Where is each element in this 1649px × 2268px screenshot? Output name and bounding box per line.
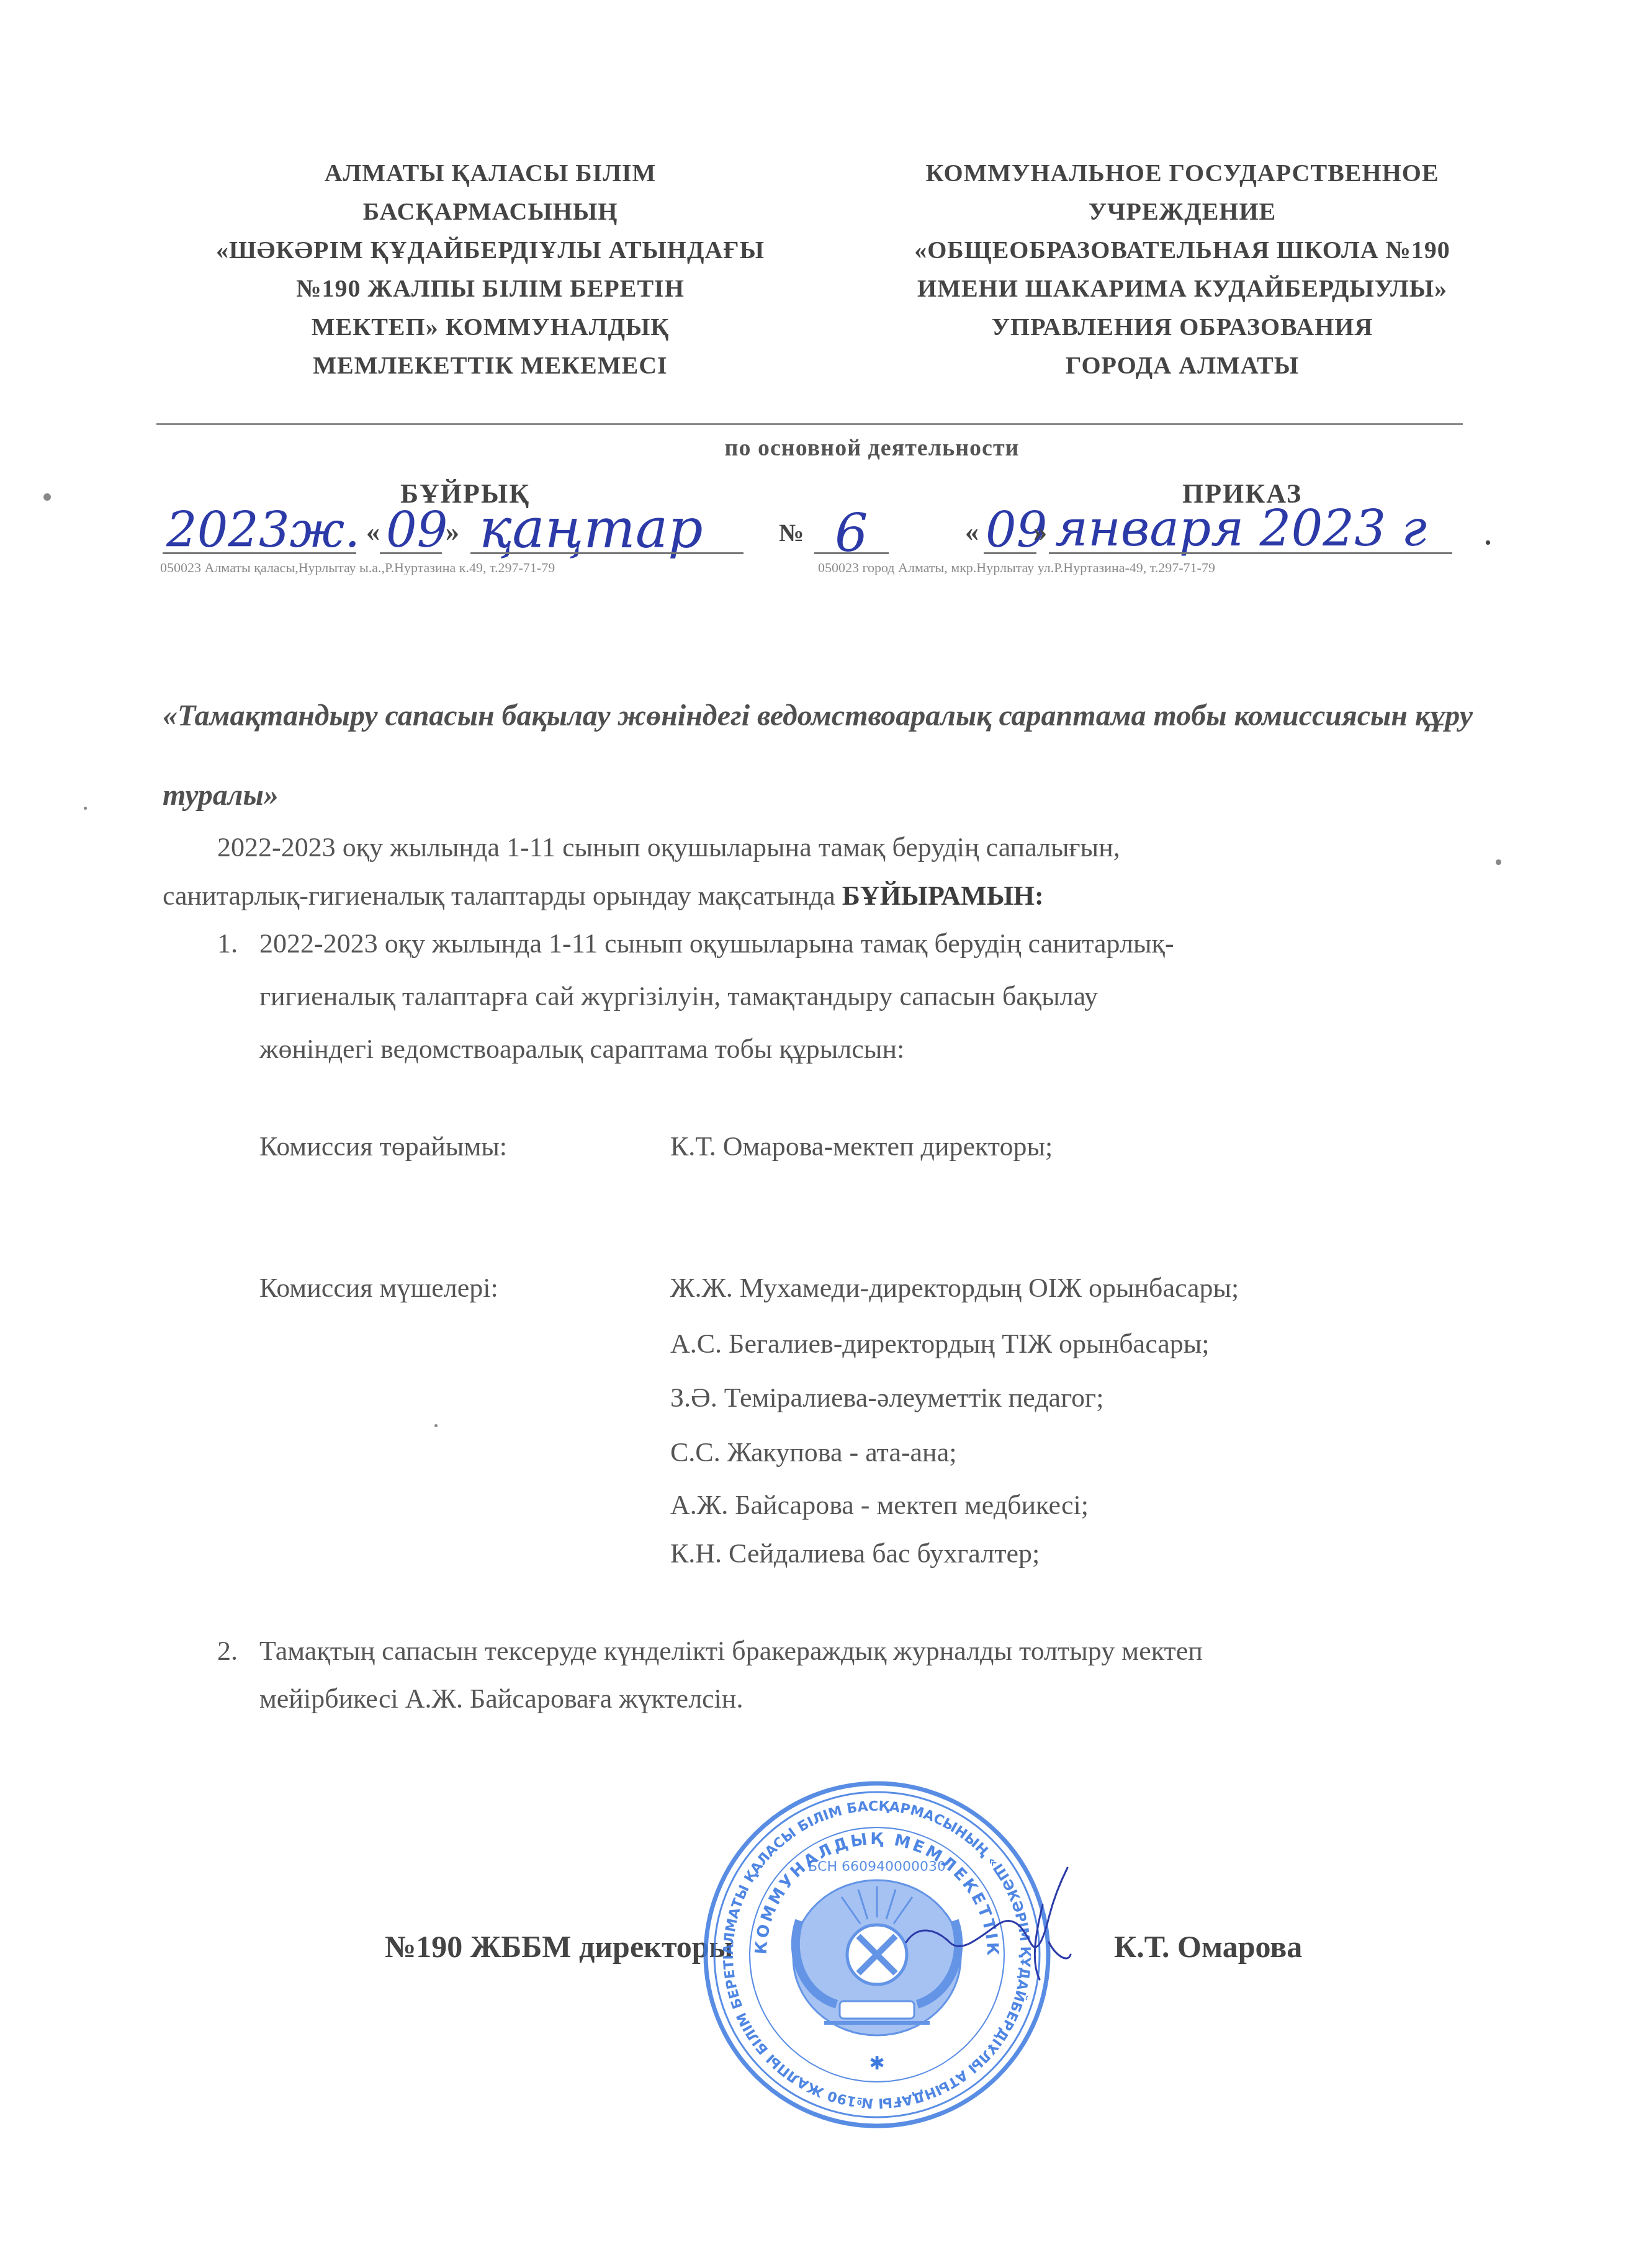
quote-open: «	[366, 516, 380, 548]
item-1-line: жөніндегі ведомствоаралық сараптама тобы…	[259, 1033, 904, 1065]
address-ru: 050023 город Алматы, мкр.Нурлытау ул.Р.Н…	[818, 560, 1215, 576]
header-kz-line: МЕКТЕП» КОММУНАЛДЫҚ	[161, 308, 819, 346]
handwritten-order-number: 6	[835, 503, 868, 563]
underline	[984, 552, 1036, 554]
handwritten-date-ru: января 2023 г	[1055, 500, 1427, 557]
order-keyword: БҰЙЫРАМЫН:	[842, 881, 1044, 911]
header-ru-line: КОММУНАЛЬНОЕ ГОСУДАРСТВЕННОЕ	[825, 154, 1539, 192]
number-sign: №	[779, 518, 804, 547]
handwritten-signature-icon	[881, 1849, 1080, 2010]
commission-members-label: Комиссия мүшелері:	[259, 1272, 498, 1304]
header-kz-line: №190 ЖАЛПЫ БІЛІМ БЕРЕТІН	[161, 269, 819, 308]
commission-member: К.Н. Сейдалиева бас бухгалтер;	[670, 1538, 1040, 1569]
item-2-line: мейірбикесі А.Ж. Байсароваға жүктелсін.	[259, 1683, 743, 1714]
header-divider	[156, 423, 1463, 425]
intro-text: санитарлық-гигиеналық талаптарды орындау…	[163, 881, 842, 911]
commission-member: Ж.Ж. Мухамеди-директордың ОІЖ орынбасары…	[670, 1272, 1239, 1304]
item-number-1: 1.	[217, 928, 238, 959]
scan-speck	[84, 807, 87, 810]
handwritten-day-kz: 09	[386, 503, 447, 558]
signatory-position: №190 ЖББМ директоры	[385, 1929, 734, 1965]
intro-line-1: 2022-2023 оқу жылында 1-11 сынып оқушыла…	[217, 831, 1120, 863]
scan-speck	[1496, 859, 1501, 865]
quote-close: »	[446, 516, 459, 548]
handwritten-year-kz: 2023ж.	[166, 503, 360, 558]
quote-open: «	[965, 516, 979, 548]
quote-close: »	[1033, 516, 1047, 548]
header-ru-line: УПРАВЛЕНИЯ ОБРАЗОВАНИЯ	[825, 308, 1539, 346]
commission-member: З.Ә. Теміралиева-әлеуметтік педагог;	[670, 1382, 1103, 1414]
underline	[163, 552, 356, 554]
header-kz-line: МЕМЛЕКЕТТІК МЕКЕМЕСІ	[161, 346, 819, 385]
header-ru-line: ИМЕНИ ШАКАРИМА КУДАЙБЕРДЫУЛЫ»	[825, 269, 1539, 308]
commission-member: С.С. Жакупова - ата-ана;	[670, 1437, 956, 1468]
header-ru-block: КОММУНАЛЬНОЕ ГОСУДАРСТВЕННОЕ УЧРЕЖДЕНИЕ …	[825, 154, 1539, 385]
underline	[470, 552, 744, 554]
handwritten-month-kz: қаңтар	[479, 496, 703, 560]
commission-chair-label: Комиссия төрайымы:	[259, 1131, 507, 1162]
commission-chair: К.Т. Омарова-мектеп директоры;	[670, 1131, 1053, 1162]
header-kz-line: БАСҚАРМАСЫНЫҢ	[161, 192, 819, 231]
header-ru-line: УЧРЕЖДЕНИЕ	[825, 192, 1539, 231]
header-kz-line: «ШӘКӘРІМ ҚҰДАЙБЕРДІҰЛЫ АТЫНДАҒЫ	[161, 231, 819, 269]
header-ru-line: «ОБЩЕОБРАЗОВАТЕЛЬНАЯ ШКОЛА №190	[825, 231, 1539, 269]
activity-label: по основной деятельности	[673, 434, 1071, 462]
header-kz-line: АЛМАТЫ ҚАЛАСЫ БІЛІМ	[161, 154, 819, 192]
scan-speck	[43, 493, 51, 501]
underline	[814, 552, 889, 554]
signatory-name: К.Т. Омарова	[1114, 1929, 1302, 1965]
address-kz: 050023 Алматы қаласы,Нурлытау ы.а.,Р.Нур…	[160, 560, 555, 576]
underline	[1049, 552, 1452, 554]
item-1-line: гигиеналық талаптарға сай жүргізілуін, т…	[259, 980, 1098, 1012]
item-number-2: 2.	[217, 1635, 238, 1667]
intro-line-2: санитарлық-гигиеналық талаптарды орындау…	[163, 880, 1044, 912]
order-subject: «Тамақтандыру сапасын бақылау жөніндегі …	[163, 676, 1559, 835]
scan-speck	[434, 1424, 438, 1427]
item-1-line: 2022-2023 оқу жылында 1-11 сынып оқушыла…	[259, 928, 1174, 959]
header-ru-line: ГОРОДА АЛМАТЫ	[825, 346, 1539, 385]
underline	[380, 552, 442, 554]
header-kz-block: АЛМАТЫ ҚАЛАСЫ БІЛІМ БАСҚАРМАСЫНЫҢ «ШӘКӘР…	[161, 154, 819, 385]
item-2-line: Тамақтың сапасын тексеруде күнделікті бр…	[259, 1635, 1203, 1667]
commission-member: А.Ж. Байсарова - мектеп медбикесі;	[670, 1489, 1089, 1521]
trailing-dot: .	[1485, 520, 1491, 552]
svg-text:✱: ✱	[869, 2053, 884, 2074]
commission-member: А.С. Бегалиев-директордың ТІЖ орынбасары…	[670, 1328, 1210, 1360]
